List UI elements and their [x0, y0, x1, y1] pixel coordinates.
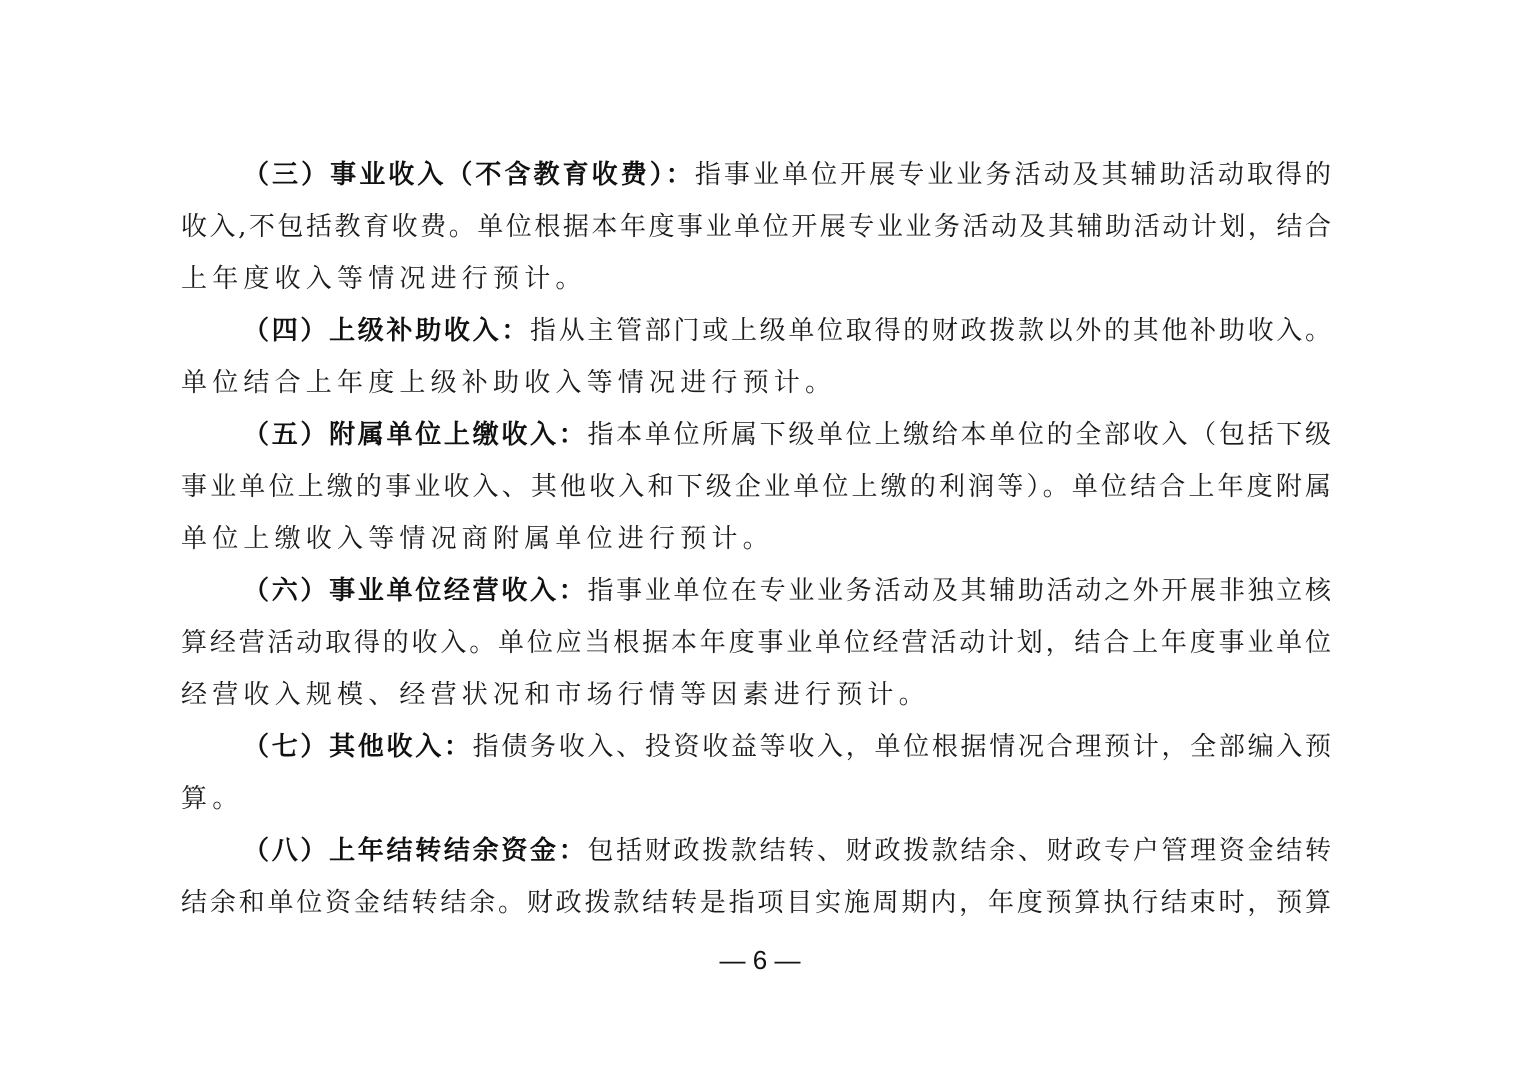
document-page: （三）事业收入（不含教育收费）：指事业单位开展专业业务活动及其辅助活动取得的 收… [0, 0, 1520, 1074]
section-4-line-1: （四）上级补助收入：指从主管部门或上级单位取得的财政拨款以外的其他补助收入。 [243, 311, 1331, 351]
section-8-heading: （八）上年结转结余资金： [243, 836, 587, 866]
section-5-line-1: （五）附属单位上缴收入：指本单位所属下级单位上缴给本单位的全部收入（包括下级 [243, 415, 1331, 455]
section-5-text: 指本单位所属下级单位上缴给本单位的全部收入（包括下级 [587, 420, 1331, 450]
section-3-line-2: 收入,不包括教育收费。单位根据本年度事业单位开展专业业务活动及其辅助活动计划，结… [181, 207, 1331, 247]
section-5-line-3: 单位上缴收入等情况商附属单位进行预计。 [181, 519, 1331, 559]
section-3-heading: （三）事业收入（不含教育收费）： [243, 160, 695, 190]
section-3-line-3: 上年度收入等情况进行预计。 [181, 259, 1331, 299]
section-4-text: 指从主管部门或上级单位取得的财政拨款以外的其他补助收入。 [530, 316, 1331, 346]
section-6-line-1: （六）事业单位经营收入：指事业单位在专业业务活动及其辅助活动之外开展非独立核 [243, 571, 1331, 611]
section-7-heading: （七）其他收入： [243, 732, 473, 762]
section-4-heading: （四）上级补助收入： [243, 316, 530, 346]
section-3-text: 指事业单位开展专业业务活动及其辅助活动取得的 [695, 160, 1331, 190]
section-7-line-1: （七）其他收入：指债务收入、投资收益等收入，单位根据情况合理预计，全部编入预 [243, 727, 1331, 767]
section-5-heading: （五）附属单位上缴收入： [243, 420, 587, 450]
section-4-line-2: 单位结合上年度上级补助收入等情况进行预计。 [181, 363, 1331, 403]
section-6-heading: （六）事业单位经营收入： [243, 576, 587, 606]
section-8-line-1: （八）上年结转结余资金：包括财政拨款结转、财政拨款结余、财政专户管理资金结转 [243, 831, 1331, 871]
section-6-text: 指事业单位在专业业务活动及其辅助活动之外开展非独立核 [587, 576, 1331, 606]
section-6-line-3: 经营收入规模、经营状况和市场行情等因素进行预计。 [181, 675, 1331, 715]
section-8-text: 包括财政拨款结转、财政拨款结余、财政专户管理资金结转 [587, 836, 1331, 866]
section-8-line-2: 结余和单位资金结转结余。财政拨款结转是指项目实施周期内，年度预算执行结束时，预算 [181, 883, 1331, 923]
section-7-text: 指债务收入、投资收益等收入，单位根据情况合理预计，全部编入预 [473, 732, 1331, 762]
section-3-line-1: （三）事业收入（不含教育收费）：指事业单位开展专业业务活动及其辅助活动取得的 [243, 155, 1331, 195]
section-6-line-2: 算经营活动取得的收入。单位应当根据本年度事业单位经营活动计划，结合上年度事业单位 [181, 623, 1331, 663]
page-number: — 6 — [0, 940, 1520, 980]
section-5-line-2: 事业单位上缴的事业收入、其他收入和下级企业单位上缴的利润等）。单位结合上年度附属 [181, 467, 1331, 507]
section-7-line-2: 算。 [181, 779, 1331, 819]
